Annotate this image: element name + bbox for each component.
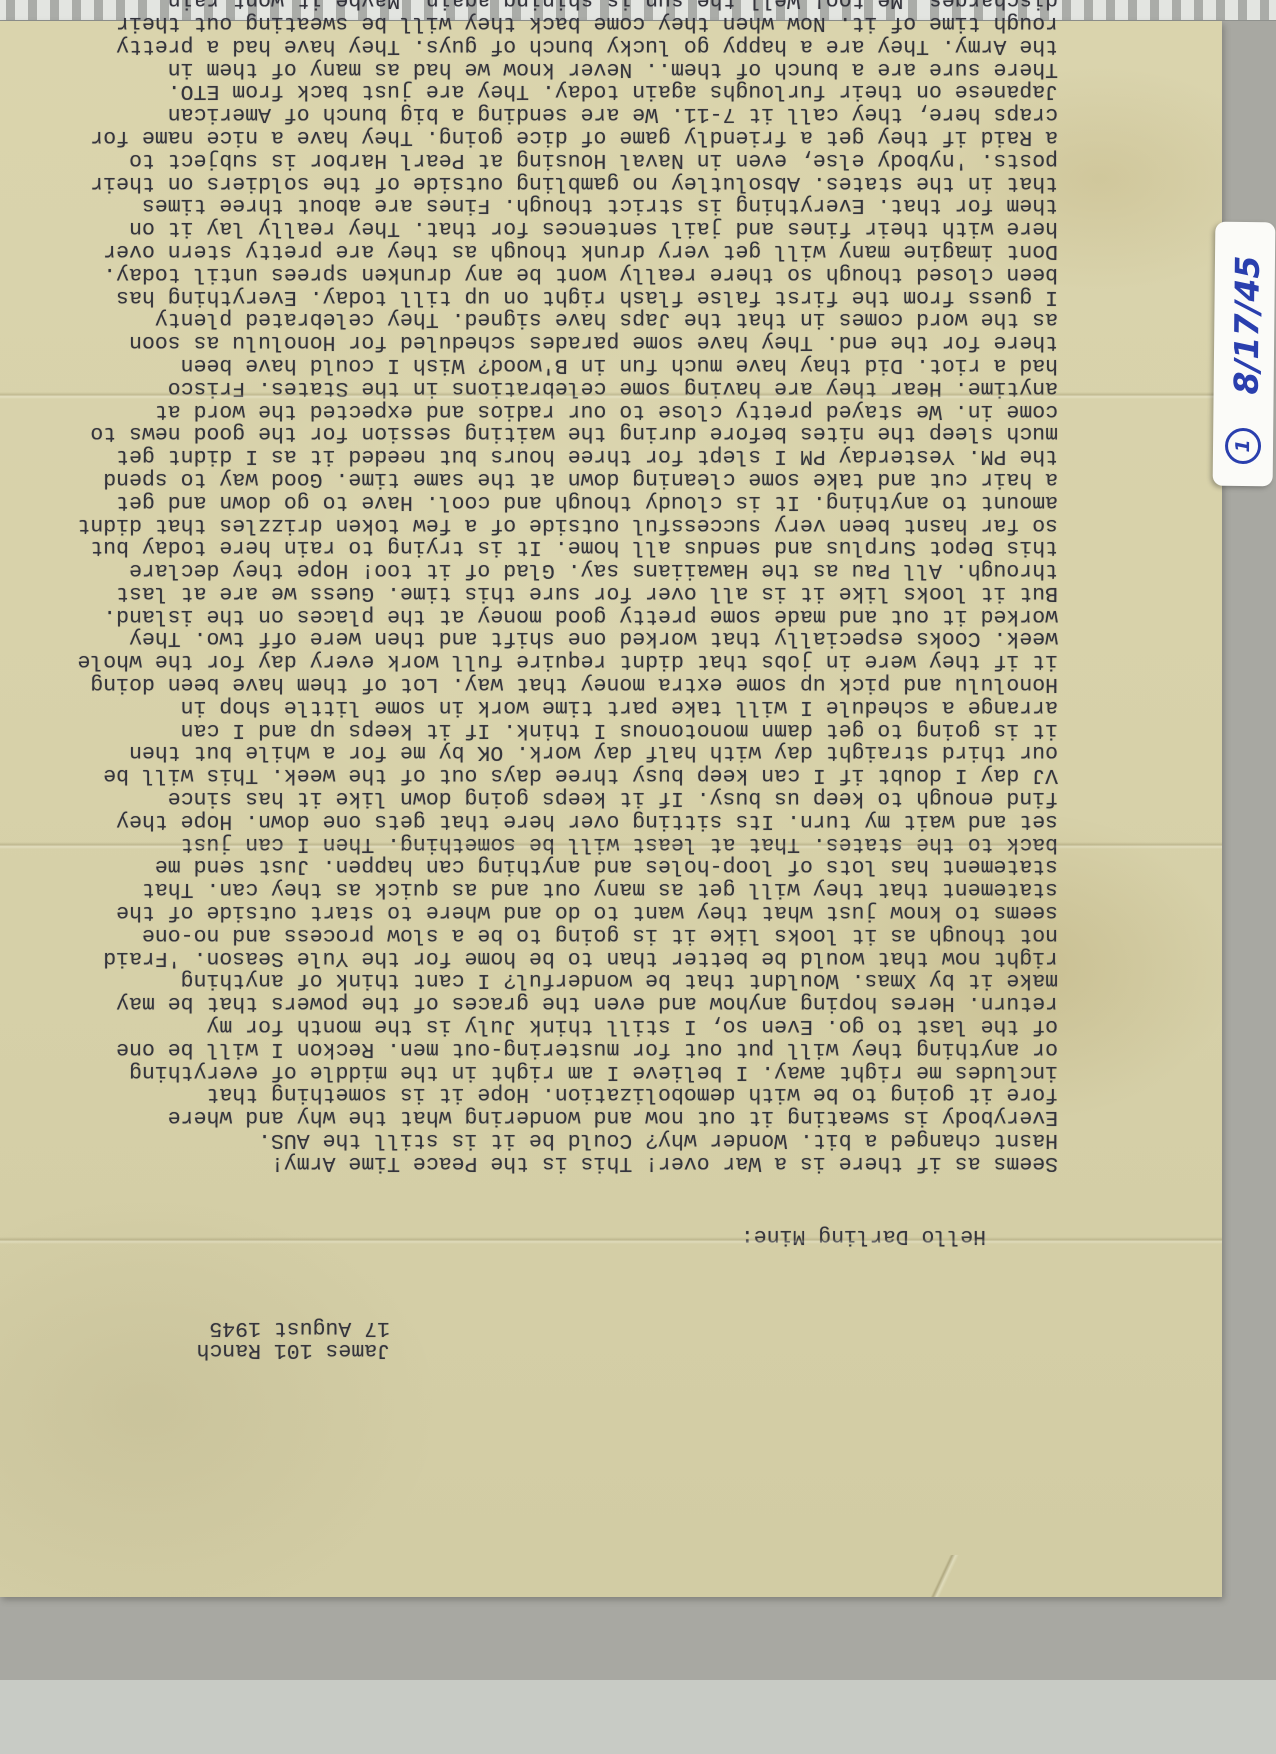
typed-line: Honolulu and pick up some extra money th… [40, 672, 1058, 695]
typed-line: a Raid if they get a friendly game of di… [40, 125, 1058, 148]
typed-line: Dont imagine many will get very drunk th… [40, 239, 1058, 262]
typed-line: set and wait my turn. Its sitting over h… [40, 809, 1058, 832]
typed-line: so far hasnt been very successful outsid… [40, 513, 1058, 536]
typed-line: rough time of it. Now when they come bac… [40, 11, 1058, 34]
typed-line: Everybody is sweating it out now and won… [40, 1105, 1058, 1128]
typed-line: There sure are a bunch of them.. Never k… [40, 57, 1058, 80]
typed-line: there for the end. They have some parade… [40, 330, 1058, 353]
typed-line: much sleep the nites before during the w… [40, 422, 1058, 445]
typed-line: arrange a schedule I will take part time… [40, 695, 1058, 718]
scan-background: { "letter": { "heading": { "line1": "Jam… [0, 0, 1276, 1754]
fold-crease [0, 1237, 1222, 1244]
corner-crease [895, 1555, 990, 1597]
typed-line: our third straight day with half day wor… [40, 741, 1058, 764]
typed-line: includes me right away. I believe I am r… [40, 1060, 1058, 1083]
typed-line: amount to anything. It is cloudy though … [40, 490, 1058, 513]
fold-crease [0, 392, 1222, 399]
heading-ranch-line: James 101 Ranch [196, 1338, 390, 1362]
typed-line: craps here, they call it 7-11. We are se… [40, 102, 1058, 125]
typed-line: VJ day I doubt if I can keep busy three … [40, 763, 1058, 786]
typed-line: find enough to keep us busy. If it keeps… [40, 786, 1058, 809]
typed-line: a hair cut and take some cleaning down a… [40, 467, 1058, 490]
typed-line: discharges. Me too! Well the sun is shin… [40, 0, 1058, 11]
typed-line: week. Cooks especially that worked one s… [40, 627, 1058, 650]
typed-line: Hasnt changed a bit. Wonder why? Could b… [40, 1128, 1058, 1151]
letter-heading: James 101 Ranch 17 August 1945 [40, 1316, 390, 1362]
typed-line: But it looks like it is all over for sur… [40, 581, 1058, 604]
typed-line: here with their fines and jail sentences… [40, 216, 1058, 239]
typed-line: it if they were in jobs that didnt requi… [40, 650, 1058, 673]
typed-line: the PM. Yesterday PM I slept for three h… [40, 444, 1058, 467]
typed-line: posts. 'nybody else, even in Naval Housi… [40, 148, 1058, 171]
typed-line: right now that would be better than to b… [40, 946, 1058, 969]
typed-line: Seems as if there is a War over! This is… [40, 1151, 1058, 1174]
typed-line: Japanese on their furloughs again today.… [40, 80, 1058, 103]
heading-date-line: 17 August 1945 [209, 1316, 390, 1340]
typed-line: not though as it looks like it is going … [40, 923, 1058, 946]
typed-line: fore it going to be with demobolization.… [40, 1083, 1058, 1106]
typed-line: it is going to get damn monotonous I thi… [40, 718, 1058, 741]
typed-line: statement has lots of loop-holes and any… [40, 855, 1058, 878]
typed-line: make it by Xmas. Wouldnt that be wonderf… [40, 969, 1058, 992]
typed-line: been closed though so there really wont … [40, 262, 1058, 285]
typed-line: worked it out and made some pretty good … [40, 604, 1058, 627]
typed-line: seems to know just what they want to do … [40, 900, 1058, 923]
letter-content: James 101 Ranch 17 August 1945 Hello Dar… [0, 21, 1222, 1597]
typed-line: this Depot Surplus and sendus all home. … [40, 536, 1058, 559]
typed-line: or anything they will put out for muster… [40, 1037, 1058, 1060]
archive-sticker: 8/17/45 1 [1213, 222, 1276, 487]
typed-line: the Army. They are a happy go lucky bunc… [40, 34, 1058, 57]
typed-line: that in the states. Absolutley no gambli… [40, 171, 1058, 194]
letter-body: Seems as if there is a War over! This is… [40, 0, 1058, 1174]
typed-line: return. Heres hoping anyhow and even the… [40, 991, 1058, 1014]
page-number-badge: 1 [1225, 428, 1261, 464]
typed-line: had a riot. Did thay have much fun in B'… [40, 353, 1058, 376]
typed-line: through. All Pau as the Hawaiians say. G… [40, 558, 1058, 581]
scanner-bed-band [0, 1680, 1276, 1754]
fold-crease [0, 842, 1222, 849]
typed-line: I guess from the first false flash right… [40, 285, 1058, 308]
typed-line: come in. We stayed pretty close to our r… [40, 399, 1058, 422]
sticker-date-label: 8/17/45 [1226, 225, 1262, 425]
typed-line: as the word comes in that the Japs have … [40, 308, 1058, 331]
typed-line: them for that. Everything is strict thou… [40, 194, 1058, 217]
typed-line: statement that they will get as many out… [40, 877, 1058, 900]
letter-paper: James 101 Ranch 17 August 1945 Hello Dar… [0, 21, 1222, 1597]
typed-line: of the last to go. Even so, I still thin… [40, 1014, 1058, 1037]
